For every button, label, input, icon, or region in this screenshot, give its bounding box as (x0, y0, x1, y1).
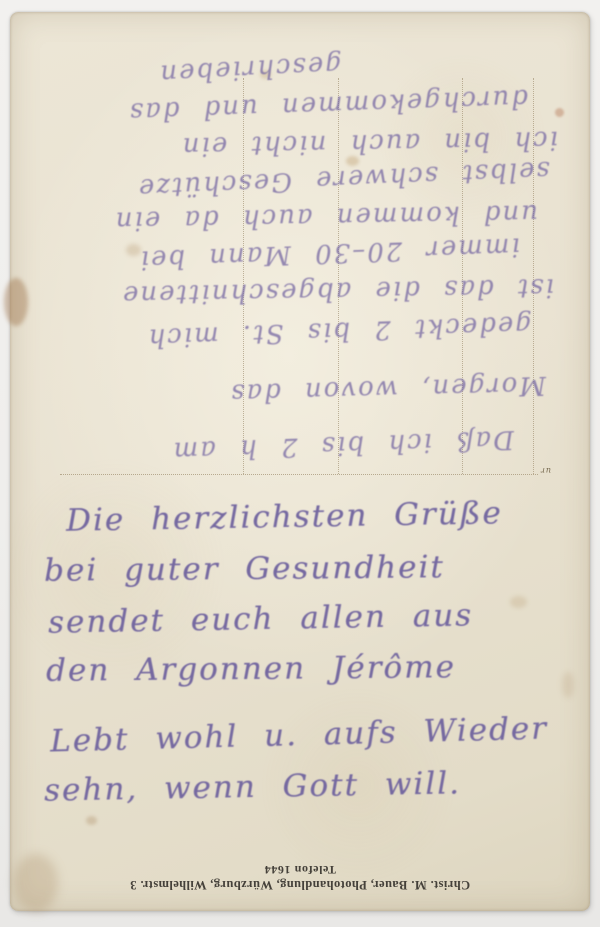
handwriting-line: den Argonnen Jérôme (46, 648, 456, 690)
handwriting-line: Lebt wohl u. aufs Wieder (50, 709, 549, 760)
scanned-postcard-photo: ur Daß ich bis 2 h am Morgen, wovon das … (0, 0, 600, 927)
handwriting-line: gedeckt 2 bis St. mich (146, 307, 532, 354)
handwriting-line: Morgen, wovon das (229, 368, 547, 410)
handwriting-line: geschrieben (158, 47, 343, 91)
handwriting-line: ich bin auch nicht ein (181, 123, 559, 164)
handwriting-lower-block: Die herzlichsten Grüße bei guter Gesundh… (44, 498, 584, 806)
telefon-line: Telefon 1644 (50, 862, 550, 877)
handwriting-line: Daß ich bis 2 h am (171, 422, 514, 468)
handwriting-line: sehn, wenn Gott will. (44, 764, 461, 809)
postcard: ur Daß ich bis 2 h am Morgen, wovon das … (10, 12, 590, 911)
handwriting-upper-block: Daß ich bis 2 h am Morgen, wovon das ged… (28, 18, 572, 470)
address-divider-line (60, 474, 538, 475)
paper-stain (86, 816, 97, 825)
handwriting-line: sendet euch allen aus (48, 596, 474, 641)
handwriting-line: immer 20–30 Mann bei (138, 229, 520, 276)
publisher-line: Christ. M. Bauer, Photohandlung, Würzbur… (50, 877, 550, 892)
imprint: Christ. M. Bauer, Photohandlung, Würzbur… (50, 862, 550, 892)
handwriting-line: bei guter Gesundheit (44, 548, 445, 589)
paper-stain (4, 278, 28, 326)
handwriting-line: ist das die abgeschnittene (121, 270, 555, 312)
handwriting-line: Die herzlichsten Grüße (66, 494, 503, 540)
